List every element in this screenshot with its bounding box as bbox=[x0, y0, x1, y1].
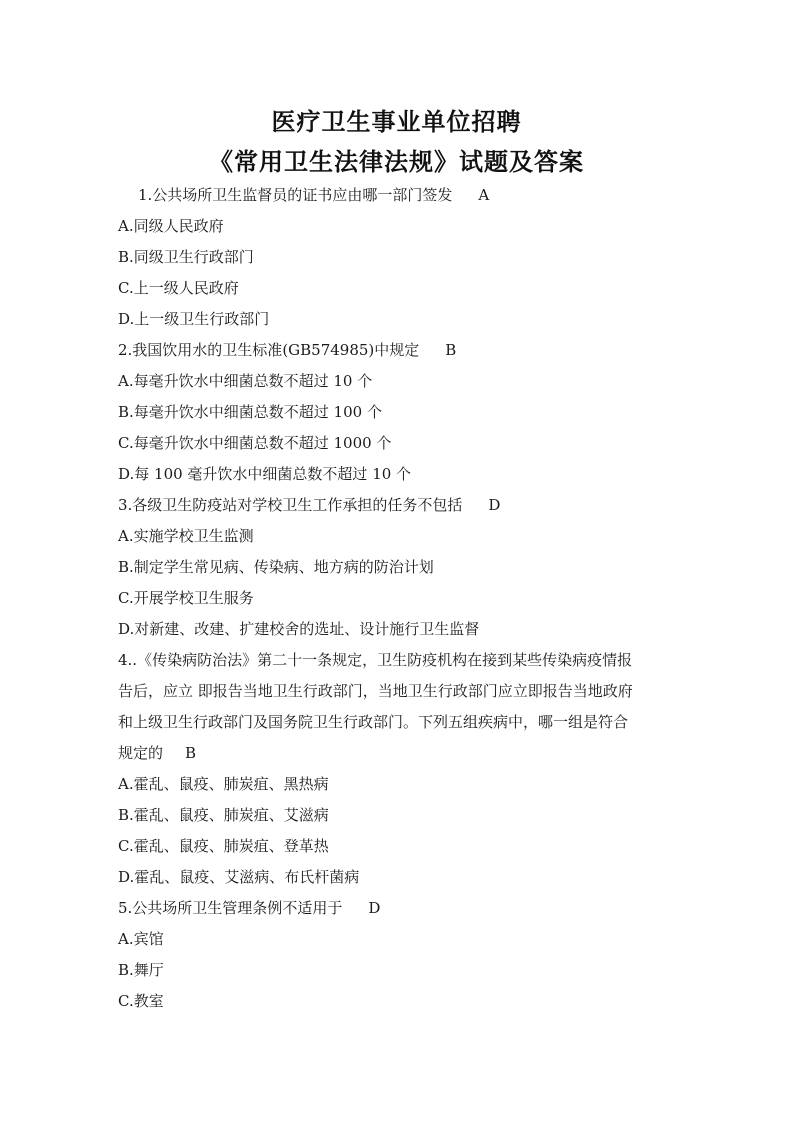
option-b: B.同级卫生行政部门 bbox=[118, 242, 676, 273]
question-stem-line-1: 4..《传染病防治法》第二十一条规定，卫生防疫机构在接到某些传染病疫情报 bbox=[118, 645, 676, 676]
question-stem-line-3: 和上级卫生行政部门及国务院卫生行政部门。下列五组疾病中，哪一组是符合 bbox=[118, 707, 676, 738]
option-c: C.教室 bbox=[118, 986, 676, 1017]
question-2: 2.我国饮用水的卫生标准(GB574985)中规定B A.每毫升饮水中细菌总数不… bbox=[118, 335, 676, 490]
option-c: C.每毫升饮水中细菌总数不超过 1000 个 bbox=[118, 428, 676, 459]
question-stem: 5.公共场所卫生管理条例不适用于D bbox=[118, 893, 676, 924]
option-d: D.霍乱、鼠疫、艾滋病、布氏杆菌病 bbox=[118, 862, 676, 893]
option-d: D.每 100 毫升饮水中细菌总数不超过 10 个 bbox=[118, 459, 676, 490]
option-b: B.制定学生常见病、传染病、地方病的防治计划 bbox=[118, 552, 676, 583]
option-d: D.对新建、改建、扩建校舍的选址、设计施行卫生监督 bbox=[118, 614, 676, 645]
option-c: C.霍乱、鼠疫、肺炭疽、登革热 bbox=[118, 831, 676, 862]
document-page: 医疗卫生事业单位招聘 《常用卫生法律法规》试题及答案 1.公共场所卫生监督员的证… bbox=[0, 0, 793, 1122]
answer-key: A bbox=[478, 180, 489, 211]
answer-key: D bbox=[488, 490, 500, 521]
option-c: C.开展学校卫生服务 bbox=[118, 583, 676, 614]
option-a: A.同级人民政府 bbox=[118, 211, 676, 242]
question-3: 3.各级卫生防疫站对学校卫生工作承担的任务不包括D A.实施学校卫生监测 B.制… bbox=[118, 490, 676, 645]
question-stem-line-4: 规定的B bbox=[118, 738, 676, 769]
question-stem: 1.公共场所卫生监督员的证书应由哪一部门签发A bbox=[118, 180, 676, 211]
question-1: 1.公共场所卫生监督员的证书应由哪一部门签发A A.同级人民政府 B.同级卫生行… bbox=[118, 180, 676, 335]
option-b: B.舞厅 bbox=[118, 955, 676, 986]
question-stem: 3.各级卫生防疫站对学校卫生工作承担的任务不包括D bbox=[118, 490, 676, 521]
answer-key: B bbox=[185, 738, 196, 769]
option-c: C.上一级人民政府 bbox=[118, 273, 676, 304]
option-b: B.霍乱、鼠疫、肺炭疽、艾滋病 bbox=[118, 800, 676, 831]
option-a: A.实施学校卫生监测 bbox=[118, 521, 676, 552]
answer-key: D bbox=[368, 893, 380, 924]
option-a: A.宾馆 bbox=[118, 924, 676, 955]
option-d: D.上一级卫生行政部门 bbox=[118, 304, 676, 335]
document-subtitle: 《常用卫生法律法规》试题及答案 bbox=[0, 142, 793, 177]
document-body: 1.公共场所卫生监督员的证书应由哪一部门签发A A.同级人民政府 B.同级卫生行… bbox=[118, 180, 676, 1017]
question-5: 5.公共场所卫生管理条例不适用于D A.宾馆 B.舞厅 C.教室 bbox=[118, 893, 676, 1017]
document-title: 医疗卫生事业单位招聘 bbox=[0, 102, 793, 137]
question-stem: 2.我国饮用水的卫生标准(GB574985)中规定B bbox=[118, 335, 676, 366]
question-4: 4..《传染病防治法》第二十一条规定，卫生防疫机构在接到某些传染病疫情报 告后，… bbox=[118, 645, 676, 893]
question-stem-line-2: 告后，应立 即报告当地卫生行政部门，当地卫生行政部门应立即报告当地政府 bbox=[118, 676, 676, 707]
option-a: A.每毫升饮水中细菌总数不超过 10 个 bbox=[118, 366, 676, 397]
option-a: A.霍乱、鼠疫、肺炭疽、黑热病 bbox=[118, 769, 676, 800]
option-b: B.每毫升饮水中细菌总数不超过 100 个 bbox=[118, 397, 676, 428]
answer-key: B bbox=[445, 335, 456, 366]
